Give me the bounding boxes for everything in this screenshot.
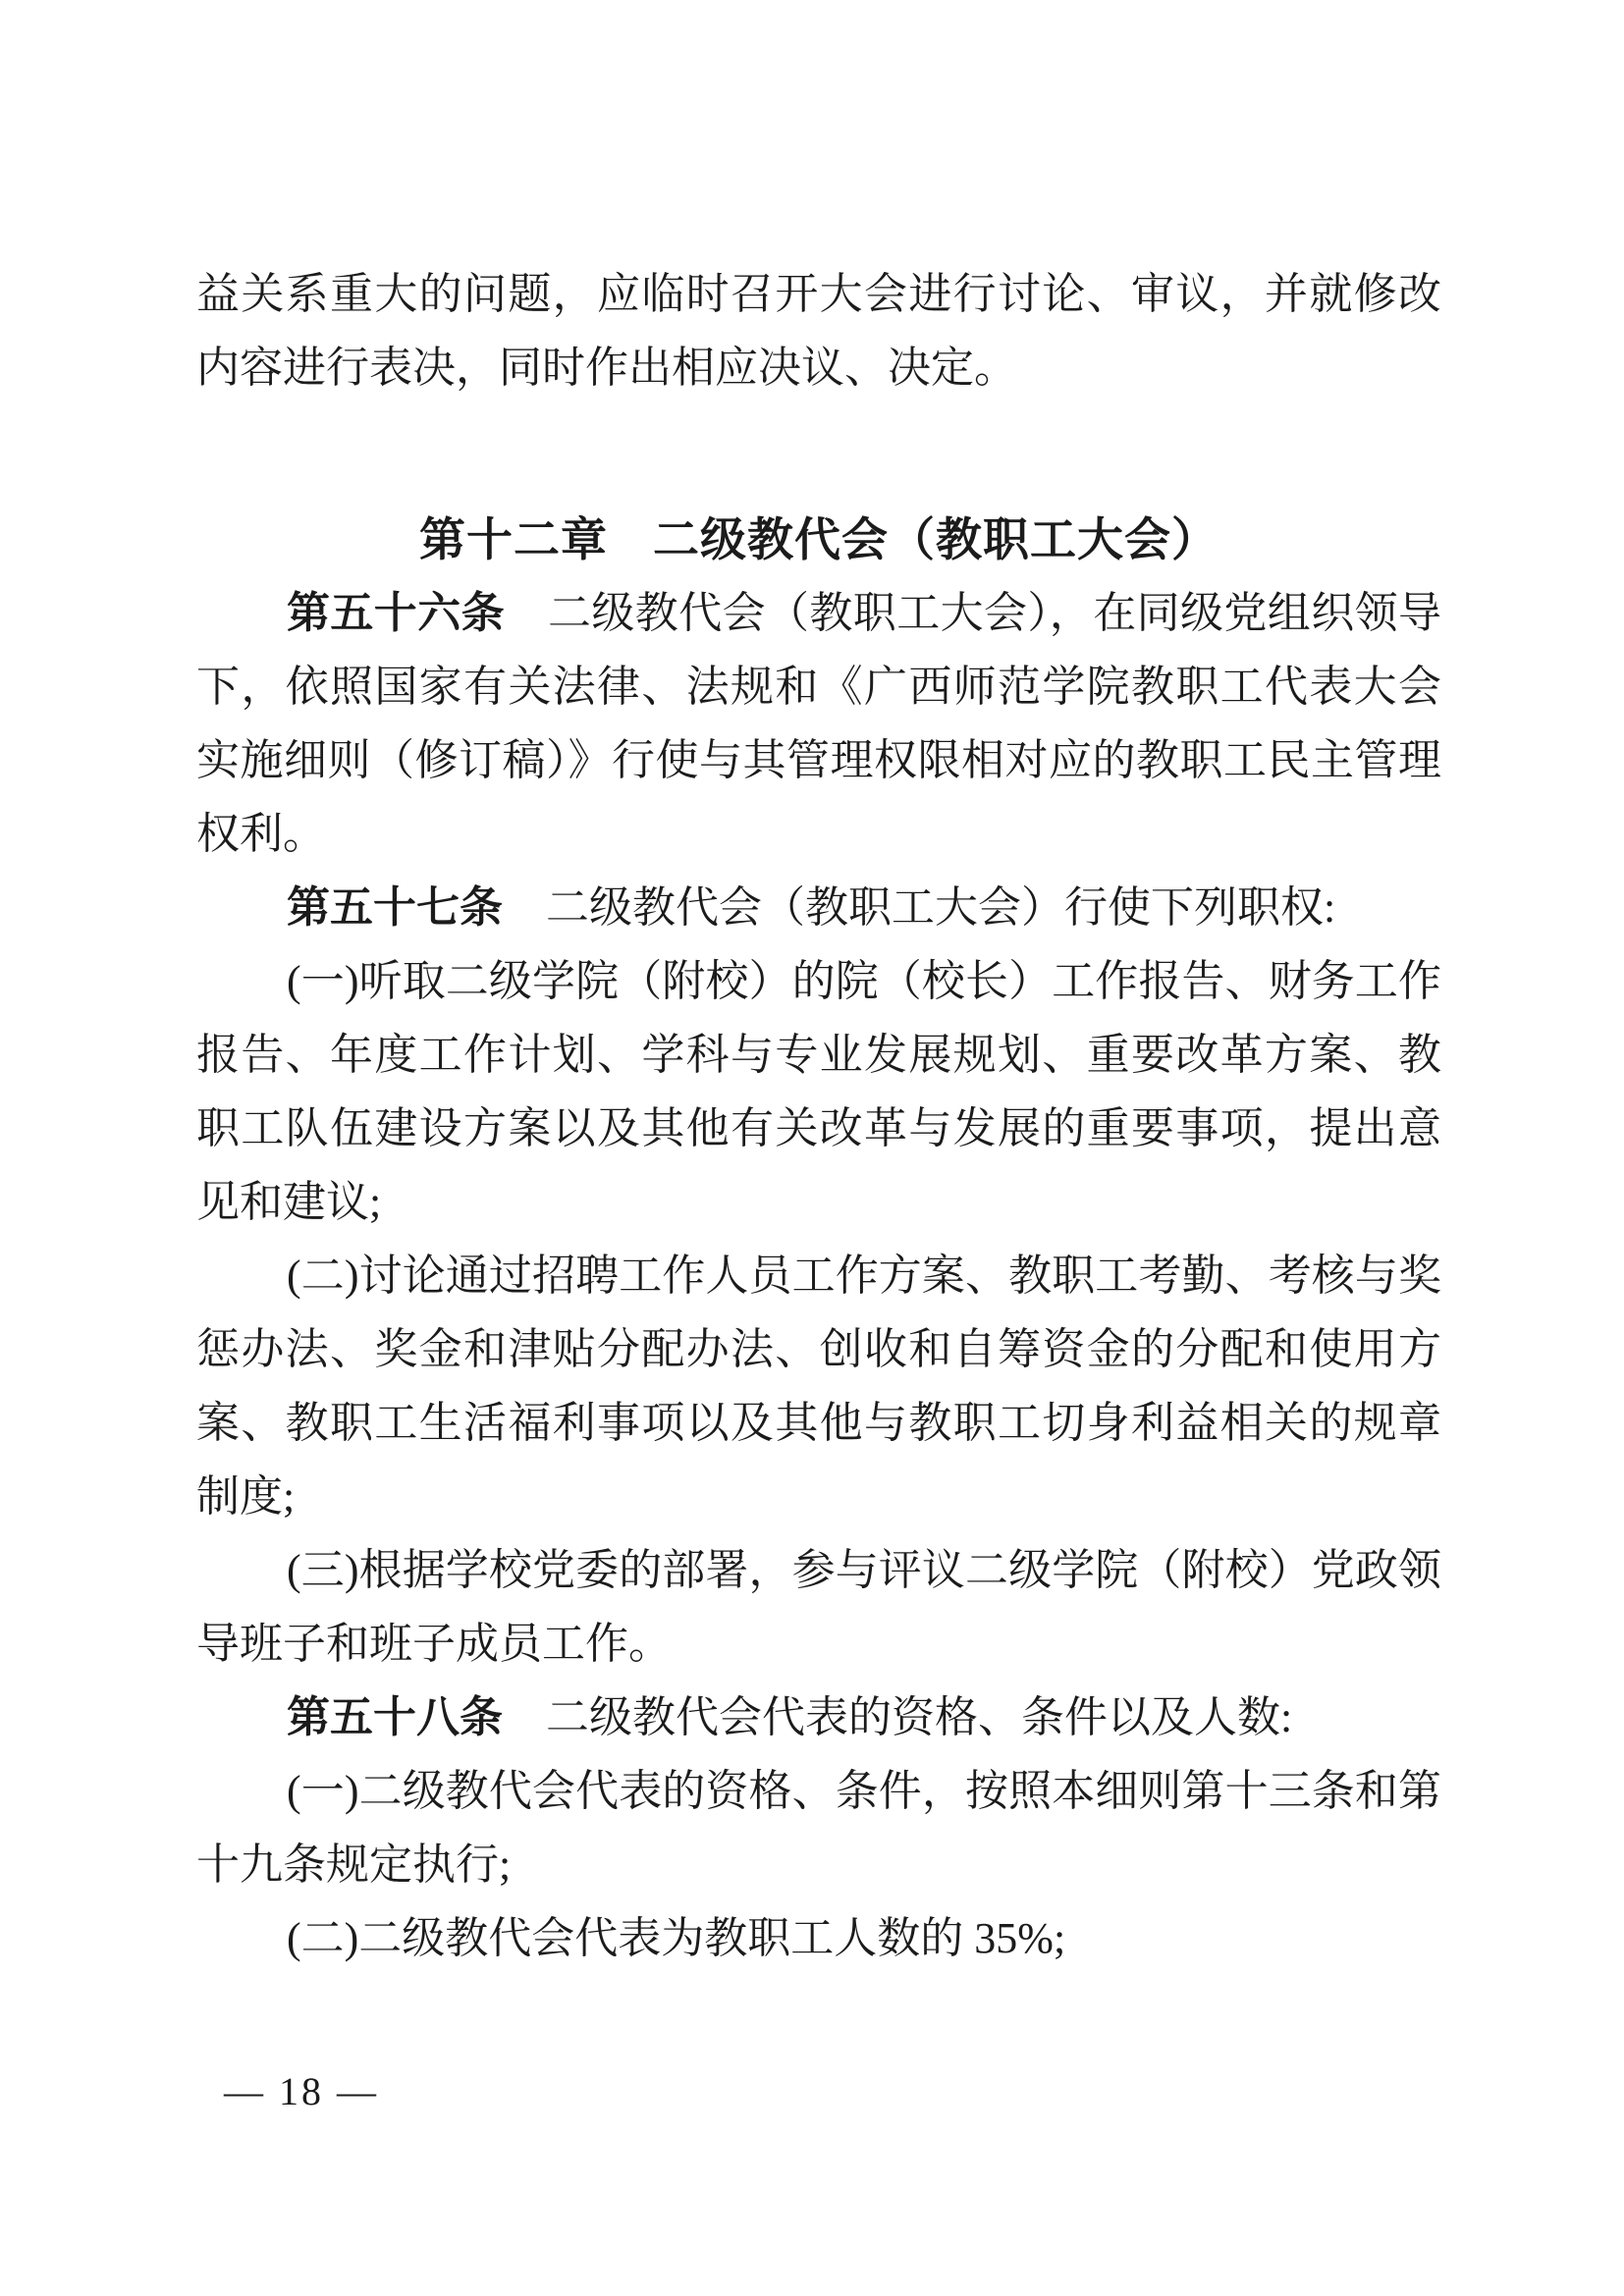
article-58-body: 二级教代会代表的资格、条件以及人数: — [546, 1693, 1292, 1741]
chapter-label: 第十二章 — [419, 513, 608, 565]
article-56-paragraph: 第五十六条二级教代会（教职工大会），在同级党组织领导下，依照国家有关法律、法规和… — [196, 576, 1441, 871]
article-56-label: 第五十六条 — [287, 589, 505, 637]
continuation-paragraph: 益关系重大的问题，应临时召开大会进行讨论、审议，并就修改内容进行表决，同时作出相… — [196, 257, 1441, 404]
chapter-heading: 第十二章二级教代会（教职工大会） — [196, 503, 1441, 576]
article-58-label: 第五十八条 — [287, 1693, 503, 1741]
chapter-title: 二级教代会（教职工大会） — [653, 513, 1218, 565]
article-58-item-2: (二)二级教代会代表为教职工人数的 35%; — [196, 1901, 1441, 1975]
article-58-item-1: (一)二级教代会代表的资格、条件，按照本细则第十三条和第十九条规定执行; — [196, 1754, 1441, 1901]
document-page: 益关系重大的问题，应临时召开大会进行讨论、审议，并就修改内容进行表决，同时作出相… — [0, 0, 1624, 2296]
article-57-label: 第五十七条 — [287, 883, 503, 932]
article-58-paragraph: 第五十八条二级教代会代表的资格、条件以及人数: — [196, 1681, 1441, 1754]
article-57-item-1: (一)听取二级学院（附校）的院（校长）工作报告、财务工作报告、年度工作计划、学科… — [196, 944, 1441, 1239]
page-number: — 18 — — [224, 2066, 379, 2117]
article-57-item-3: (三)根据学校党委的部署，参与评议二级学院（附校）党政领导班子和班子成员工作。 — [196, 1533, 1441, 1681]
article-57-item-2: (二)讨论通过招聘工作人员工作方案、教职工考勤、考核与奖惩办法、奖金和津贴分配办… — [196, 1239, 1441, 1533]
article-57-paragraph: 第五十七条二级教代会（教职工大会）行使下列职权: — [196, 871, 1441, 944]
article-57-body: 二级教代会（教职工大会）行使下列职权: — [546, 883, 1335, 932]
page-content: 益关系重大的问题，应临时召开大会进行讨论、审议，并就修改内容进行表决，同时作出相… — [196, 257, 1441, 1975]
